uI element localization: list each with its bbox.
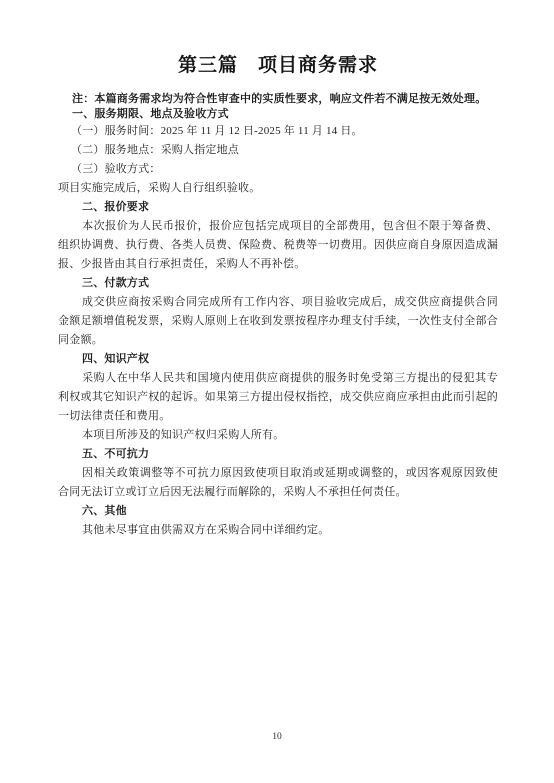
section-heading: 五、不可抗力: [58, 445, 498, 464]
note-line: 注：本篇商务需求均为符合性审查中的实质性要求，响应文件若不满足按无效处理。: [58, 92, 498, 107]
section: 一、服务期限、地点及验收方式（一）服务时间：2025 年 11 月 12 日-2…: [58, 107, 498, 198]
section-heading: 四、知识产权: [58, 350, 498, 369]
list-item: （二）服务地点：采购人指定地点: [58, 141, 498, 160]
section-heading: 三、付款方式: [58, 274, 498, 293]
paragraph: 项目实施完成后，采购人自行组织验收。: [58, 179, 498, 198]
sections-container: 一、服务期限、地点及验收方式（一）服务时间：2025 年 11 月 12 日-2…: [58, 107, 498, 540]
section-heading: 二、报价要求: [58, 198, 498, 217]
section-heading: 六、其他: [58, 502, 498, 521]
section: 六、其他其他未尽事宜由供需双方在采购合同中详细约定。: [58, 502, 498, 540]
paragraph: 本项目所涉及的知识产权归采购人所有。: [58, 426, 498, 445]
paragraph: 因相关政策调整等不可抗力原因致使项目取消或延期或调整的，或因客观原因致使合同无法…: [58, 464, 498, 502]
page-number: 10: [0, 732, 554, 742]
paragraph: 其他未尽事宜由供需双方在采购合同中详细约定。: [58, 521, 498, 540]
page-title: 第三篇 项目商务需求: [58, 53, 498, 79]
section-heading: 一、服务期限、地点及验收方式: [58, 107, 498, 122]
list-item: （一）服务时间：2025 年 11 月 12 日-2025 年 11 月 14 …: [58, 122, 498, 141]
section: 二、报价要求本次报价为人民币报价，报价应包括完成项目的全部费用，包含但不限于筹备…: [58, 198, 498, 274]
list-item: （三）验收方式：: [58, 160, 498, 179]
paragraph: 成交供应商按采购合同完成所有工作内容、项目验收完成后，成交供应商提供合同金额足额…: [58, 293, 498, 350]
paragraph: 本次报价为人民币报价，报价应包括完成项目的全部费用，包含但不限于筹备费、组织协调…: [58, 217, 498, 274]
document-page: 第三篇 项目商务需求 注：本篇商务需求均为符合性审查中的实质性要求，响应文件若不…: [0, 0, 554, 540]
section: 四、知识产权采购人在中华人民共和国境内使用供应商提供的服务时免受第三方提出的侵犯…: [58, 350, 498, 445]
section: 三、付款方式成交供应商按采购合同完成所有工作内容、项目验收完成后，成交供应商提供…: [58, 274, 498, 350]
section: 五、不可抗力因相关政策调整等不可抗力原因致使项目取消或延期或调整的，或因客观原因…: [58, 445, 498, 502]
paragraph: 采购人在中华人民共和国境内使用供应商提供的服务时免受第三方提出的侵犯其专利权或其…: [58, 369, 498, 426]
